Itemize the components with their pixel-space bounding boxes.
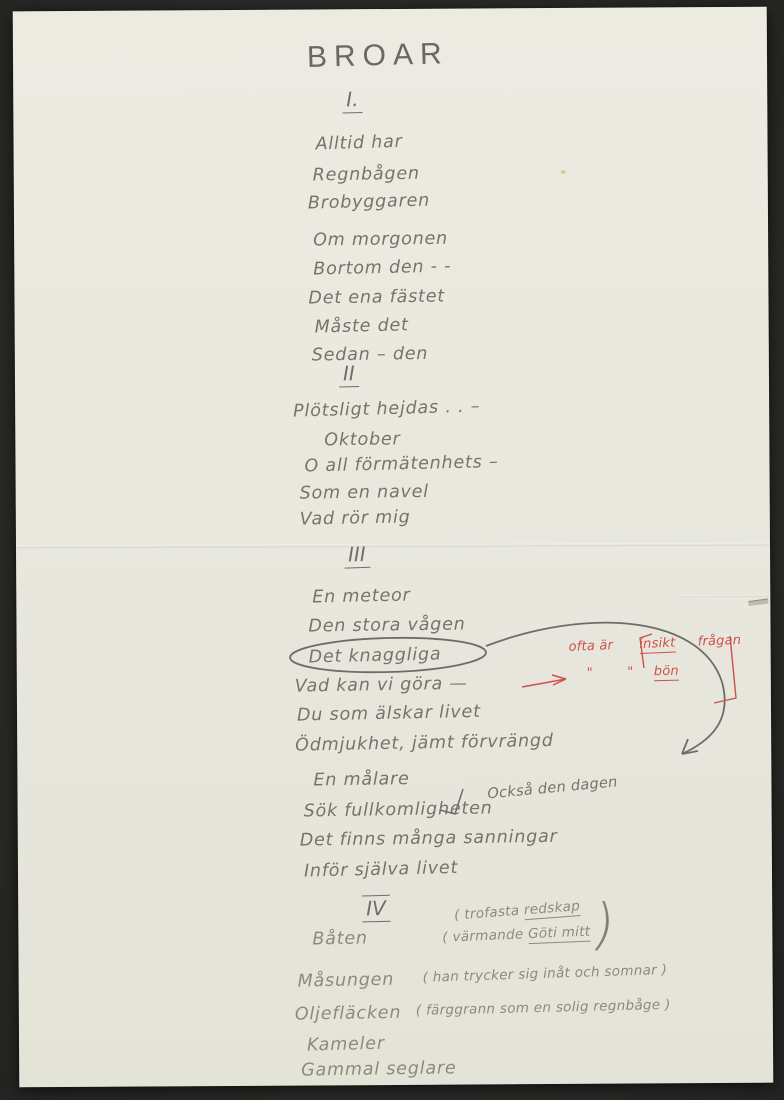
red-note-word-underlined: insikt — [639, 636, 676, 654]
poem-line: Oktober — [324, 429, 400, 450]
scan-background: BROAR I. Alltid har Regnbågen Brobyggare… — [0, 0, 784, 1100]
section-numeral-iv: IV — [362, 895, 390, 923]
note-word-underlined: Göti mitt — [528, 924, 591, 945]
ditto-mark: " — [627, 665, 634, 680]
section-numeral-ii: II — [339, 361, 359, 387]
masungen-note: ( han trycker sig inåt och somnar ) — [422, 962, 667, 986]
edge-tear — [748, 599, 768, 607]
poem-line: Ödmjukhet, jämt förvrängd — [295, 731, 554, 756]
poem-line: Regnbågen — [313, 164, 420, 186]
poem-line: Sök fullkomligheten — [303, 798, 492, 821]
poem-line: En meteor — [312, 586, 411, 608]
poem-line: Sedan – den — [312, 344, 429, 366]
note-text: ( trofasta — [454, 902, 525, 923]
poem-line: Gammal seglare — [301, 1058, 457, 1080]
poem-line: Den stora vågen — [308, 614, 465, 636]
poem-line: En målare — [313, 769, 410, 790]
poem-line: Brobyggaren — [308, 191, 431, 214]
baten-note-line2: ( värmande Göti mitt — [442, 924, 591, 946]
oljeflacken-note: ( färggrann som en solig regnbåge ) — [416, 997, 671, 1019]
red-note-line1: ofta är insikt frågan — [568, 633, 741, 655]
poem-line: Du som älskar livet — [297, 702, 481, 726]
poem-line: Vad kan vi göra — — [295, 674, 468, 697]
page-title: BROAR — [307, 37, 450, 75]
red-note-line2: " " bön — [587, 664, 679, 681]
poem-line: Om morgonen — [313, 229, 448, 251]
manuscript-page: BROAR I. Alltid har Regnbågen Brobyggare… — [13, 7, 774, 1088]
poem-line: Måsungen — [297, 970, 394, 992]
section-numeral-i: I. — [342, 87, 363, 113]
closing-paren: ) — [588, 896, 618, 955]
paper-speck — [561, 170, 566, 174]
poem-line: Vad rör mig — [300, 507, 411, 529]
poem-line: Det ena fästet — [308, 286, 445, 308]
poem-line: O all förmätenhets – — [304, 452, 498, 477]
poem-line: Bortom den - - — [313, 256, 451, 279]
red-note-text: frågan — [697, 633, 741, 650]
poem-line: Oljefläcken — [295, 1003, 402, 1025]
poem-line: Alltid har — [315, 132, 403, 155]
poem-line: Plötsligt hejdas . . – — [293, 397, 481, 422]
section-numeral-iii: III — [344, 542, 371, 569]
baten-note-line1: ( trofasta redskap — [454, 898, 581, 924]
poem-line: Måste det — [314, 315, 409, 337]
fold-crease — [16, 543, 770, 549]
poem-line-circled: Det knaggliga — [308, 644, 441, 667]
ditto-mark: " — [587, 666, 594, 681]
note-text: ( värmande — [442, 926, 528, 946]
fold-crease-short — [676, 595, 770, 598]
poem-line: Inför själva livet — [304, 858, 459, 882]
poem-line: Båten — [312, 928, 368, 949]
poem-line: Det finns många sanningar — [300, 827, 558, 851]
red-note-text: ofta är — [568, 638, 613, 655]
red-note-word-underlined: bön — [654, 664, 679, 682]
insertion-note: Också den dagen — [487, 774, 619, 802]
poem-line: Kameler — [307, 1034, 385, 1056]
note-word-underlined: redskap — [523, 898, 580, 920]
poem-line: Som en navel — [300, 482, 430, 504]
